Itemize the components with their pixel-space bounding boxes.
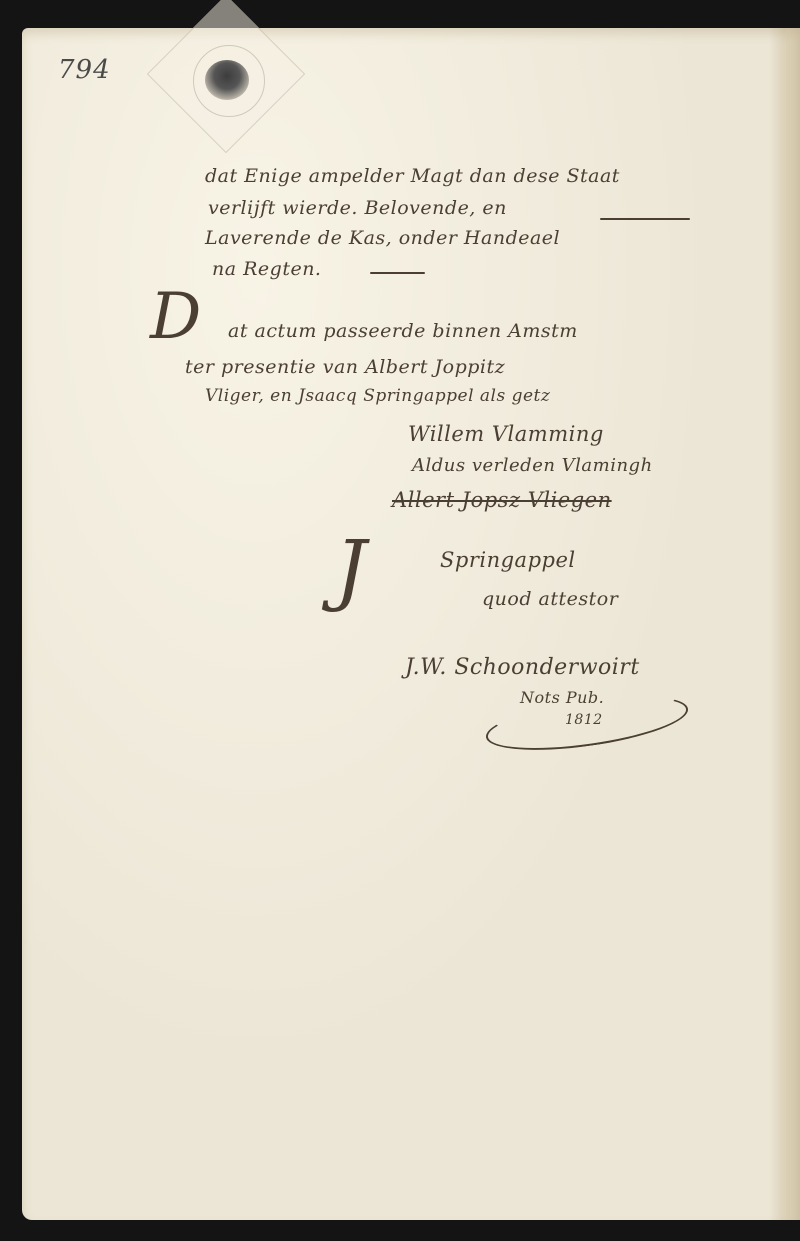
notary-signature: J.W. Schoonderwoirt (405, 655, 640, 680)
attestation-text: quod attestor (482, 588, 618, 610)
signature-allert-vliegen: Allert Jopsz Vliegen (392, 488, 612, 512)
line-filler-rule (600, 218, 690, 220)
witness-initial: J (335, 525, 366, 615)
body-text-line: dat Enige ampelder Magt dan dese Staat (205, 165, 620, 187)
seal-ink-stain (205, 60, 249, 100)
signature-aldus-vlamingh: Aldus verleden Vlamingh (412, 455, 653, 476)
closing-line: Vliger, en Jsaacq Springappel als getz (205, 386, 550, 406)
signature-willem-vlamming: Willem Vlamming (408, 422, 604, 446)
signature-springappel: Springappel (440, 548, 576, 572)
closing-line: at actum passeerde binnen Amstm (228, 320, 578, 342)
closing-line: ter presentie van Albert Joppitz (185, 356, 505, 378)
closing-initial: D (150, 280, 201, 354)
body-text-line: na Regten. (212, 258, 321, 280)
binding-gutter (786, 28, 800, 1220)
body-text-line: Laverende de Kas, onder Handeael (205, 227, 560, 249)
page-number: 794 (58, 55, 111, 85)
line-filler-rule (370, 272, 425, 274)
body-text-line: verlijft wierde. Belovende, en (208, 197, 507, 219)
